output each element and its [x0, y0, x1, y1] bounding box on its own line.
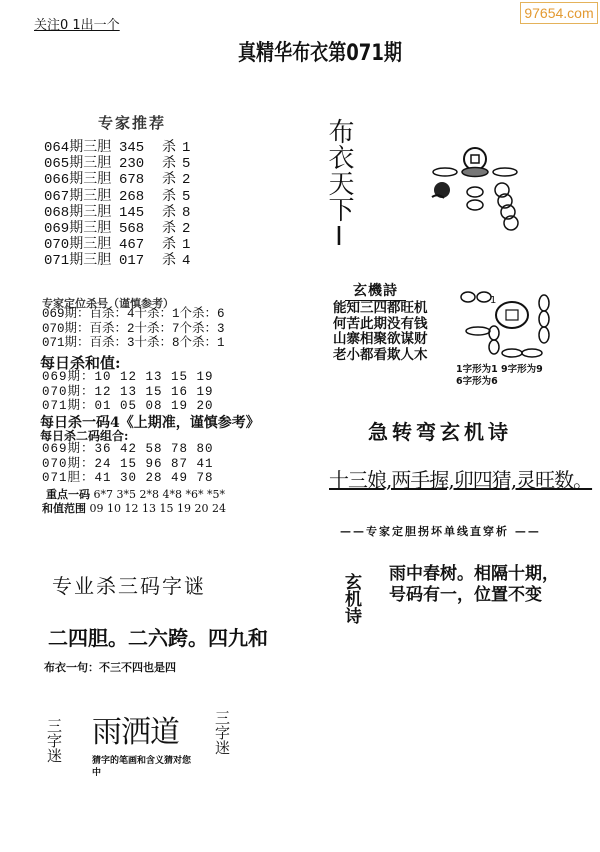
kill-cell: 1	[182, 237, 190, 253]
issue-cell: 070期三胆	[44, 237, 119, 253]
site-watermark: 97654.com	[520, 2, 598, 24]
buyi-tianxia-vertical: 布衣天下I	[325, 118, 353, 252]
issue-cell: 071期三胆	[44, 253, 119, 269]
table-row: 070期三胆467杀1	[44, 237, 190, 253]
list-item: 070期：24 15 96 87 41	[42, 457, 214, 472]
buyi-sentence: 布衣一句：不三不四也是四	[44, 659, 176, 675]
sum-range-values: 09 10 12 13 15 19 20 24	[90, 502, 226, 515]
issue-cell: 069期三胆	[44, 221, 119, 237]
kill-cell: 5	[182, 156, 190, 172]
nums-cell: 145	[119, 205, 162, 221]
poem-line: 老小都看欺人木	[333, 348, 428, 364]
nums-cell: 230	[119, 156, 162, 172]
riddle-line: 号码有一，位置不变	[389, 585, 559, 606]
nums-cell: 568	[119, 221, 162, 237]
kill-label: 杀	[162, 237, 182, 253]
expert-recommend-heading: 专家推荐	[98, 112, 166, 133]
nums-cell: 467	[119, 237, 162, 253]
table-row: 064期三胆345杀1	[44, 140, 190, 156]
list-item: 069期：百杀：4十杀：1个杀：6	[42, 307, 225, 322]
list-item: 070期：12 13 15 16 19	[42, 385, 214, 400]
three-char-riddle-label-left: 三字迷	[44, 718, 65, 763]
table-row: 069期三胆568杀2	[44, 221, 190, 237]
follow-note: 关注0 1出一个	[34, 14, 120, 33]
riddle-line: 雨中春树。相隔十期，	[389, 564, 559, 585]
kill-label: 杀	[162, 189, 182, 205]
table-row: 066期三胆678杀2	[44, 172, 190, 188]
nums-cell: 017	[119, 253, 162, 269]
kill-label: 杀	[162, 221, 182, 237]
kill-label: 杀	[162, 172, 182, 188]
page-title: 真精华布衣第071期	[238, 36, 402, 67]
poem-line: 何苦此期没有钱	[333, 317, 428, 333]
daily-kill-two-list: 069期：36 42 58 78 80 070期：24 15 96 87 41 …	[42, 442, 214, 486]
expert-dingdan-line: ——专家定胆拐坏单线直穿析 ——	[340, 523, 541, 539]
table-row: 071期三胆017杀4	[44, 253, 190, 269]
zimi-heading: 专业杀三码字谜	[52, 570, 206, 599]
kill-cell: 8	[182, 205, 190, 221]
kill-label: 杀	[162, 205, 182, 221]
kill-cell: 2	[182, 172, 190, 188]
list-item: 069期：10 12 13 15 19	[42, 370, 214, 385]
poem-line: 山寨相聚欲谋财	[333, 332, 428, 348]
riddle-note: 猜字的笔画和含义猜对您中	[92, 755, 192, 779]
riddle-big-text: 雨洒道	[92, 707, 179, 751]
list-item: 071期：百杀：3十杀：8个杀：1	[42, 336, 225, 351]
xuanji-poem-heading: 玄機詩	[345, 280, 406, 301]
table-row: 068期三胆145杀8	[44, 205, 190, 221]
daily-sum-kill-list: 069期：10 12 13 15 19 070期：12 13 15 16 19 …	[42, 370, 214, 414]
nums-cell: 268	[119, 189, 162, 205]
coins-illustration-icon	[430, 145, 530, 235]
coin-figure-illustration-icon: 1	[460, 285, 570, 360]
kill-cell: 2	[182, 221, 190, 237]
expert-recommend-table: 064期三胆345杀1 065期三胆230杀5 066期三胆678杀2 067期…	[44, 140, 190, 270]
sum-range-label: 和值范围	[42, 502, 86, 515]
issue-cell: 064期三胆	[44, 140, 119, 156]
kill-cell: 1	[182, 140, 190, 156]
shape-note-line: 6字形为6	[456, 376, 543, 388]
kill-cell: 4	[182, 253, 190, 269]
xuanji-poem-lines: 能知三四都旺机 何苦此期没有钱 山寨相聚欲谋财 老小都看欺人木	[333, 301, 428, 363]
issue-cell: 065期三胆	[44, 156, 119, 172]
kill-label: 杀	[162, 253, 182, 269]
kill-cell: 5	[182, 189, 190, 205]
issue-cell: 068期三胆	[44, 205, 119, 221]
xuanji-shi-riddle: 雨中春树。相隔十期， 号码有一，位置不变	[389, 564, 559, 606]
kill-label: 杀	[162, 140, 182, 156]
kill-label: 杀	[162, 156, 182, 172]
jizhuanwan-heading: 急转弯玄机诗	[368, 416, 512, 445]
list-item: 069期：36 42 58 78 80	[42, 442, 214, 457]
list-item: 070期：百杀：2十杀：7个杀：3	[42, 322, 225, 337]
list-item: 071胆：41 30 28 49 78	[42, 471, 214, 486]
sum-range-row: 和值范围 09 10 12 13 15 19 20 24	[42, 500, 226, 516]
table-row: 065期三胆230杀5	[44, 156, 190, 172]
nums-cell: 345	[119, 140, 162, 156]
jizhuanwan-line: 十三娘,两手握,卯四猜,灵旺数。	[329, 464, 592, 493]
issue-cell: 066期三胆	[44, 172, 119, 188]
issue-cell: 067期三胆	[44, 189, 119, 205]
xuanji-shi-vertical-label: 玄机诗	[336, 573, 366, 624]
zimi-body: 二四胆。二六跨。四九和	[48, 622, 268, 651]
nums-cell: 678	[119, 172, 162, 188]
shape-note: 1字形为1 9字形为9 6字形为6	[456, 364, 543, 388]
position-kill-list: 069期：百杀：4十杀：1个杀：6 070期：百杀：2十杀：7个杀：3 071期…	[42, 307, 225, 351]
table-row: 067期三胆268杀5	[44, 189, 190, 205]
svg-text:1: 1	[490, 295, 496, 306]
poem-line: 能知三四都旺机	[333, 301, 428, 317]
three-char-riddle-label-right: 三字迷	[212, 710, 233, 755]
shape-note-line: 1字形为1 9字形为9	[456, 364, 543, 376]
